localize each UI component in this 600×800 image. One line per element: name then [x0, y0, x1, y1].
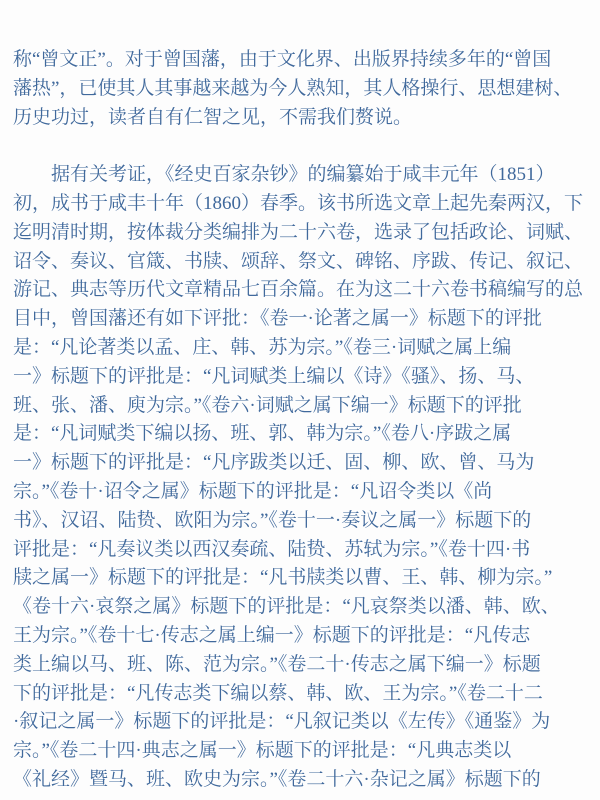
paragraph-intro: 称“曾文正”。对于曾国藩，由于文化界、出版界持续多年的“曾国 藩热”，已使其人其…: [13, 46, 587, 132]
paragraph-body: 据有关考证，《经史百家杂钞》的编纂始于咸丰元年（1851） 初，成书于咸丰十年（…: [13, 161, 587, 795]
document-page: 称“曾文正”。对于曾国藩，由于文化界、出版界持续多年的“曾国 藩热”，已使其人其…: [0, 0, 600, 800]
